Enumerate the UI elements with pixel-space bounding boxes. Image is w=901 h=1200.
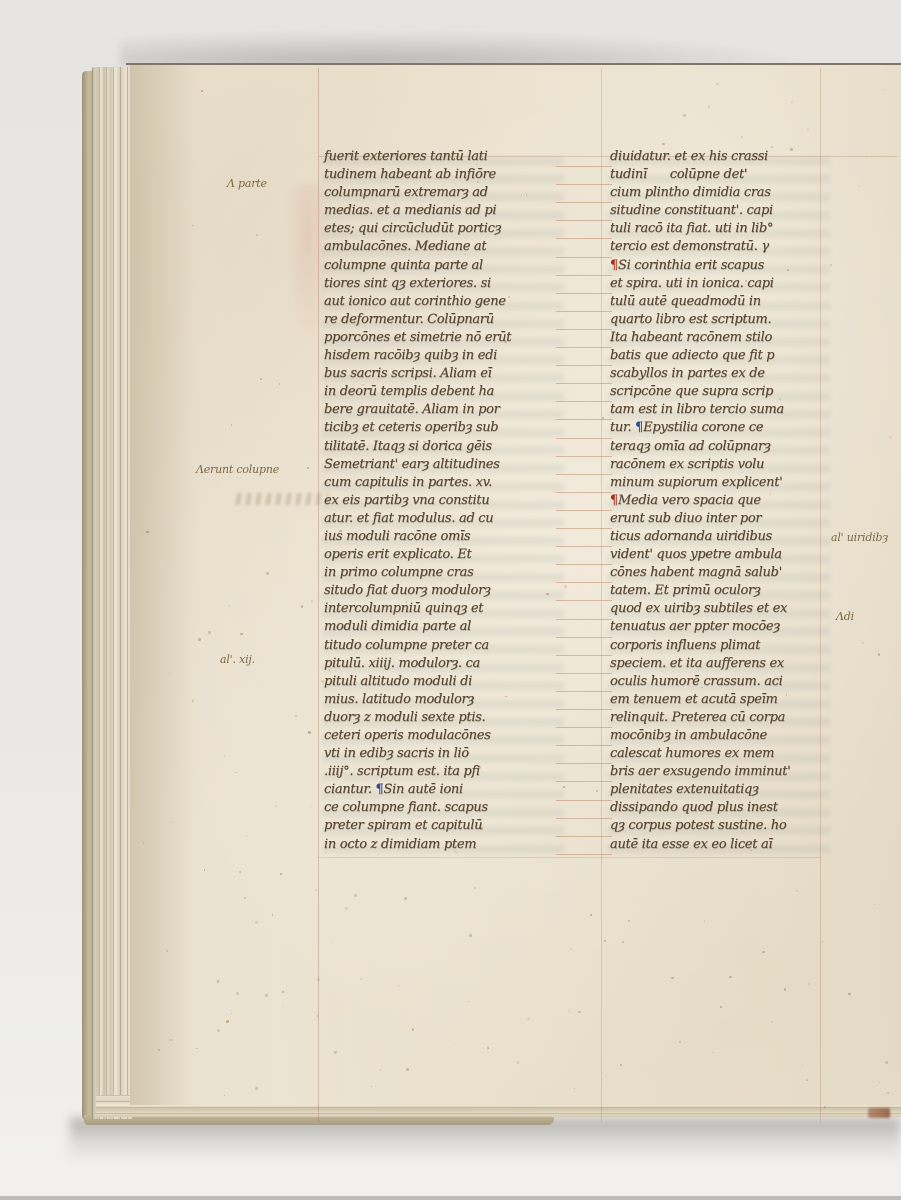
ruled-line [556,727,612,728]
foxing-dot [628,920,630,922]
ruled-line [556,781,612,782]
text-line: scabyllos in partes ex de [610,365,830,383]
text-line: erunt sub diuo inter por [610,510,830,528]
background-shadow-top [120,30,820,66]
foxing-dot [196,1048,197,1049]
ruled-line [556,800,612,801]
foxing-dot [787,269,789,271]
ruled-line [556,401,612,402]
foxing-dot [198,638,201,641]
foxing-dot [345,907,348,910]
ruled-line [556,854,612,855]
text-line: re deformentur. Colūpnarū [324,311,564,329]
foxing-dot [527,1018,529,1020]
text-line: columpne quinta parte al [324,257,564,275]
text-line: vti in edibȝ sacris in liō [324,745,564,763]
text-line: ceteri operis modulacōnes [324,727,564,745]
text-line: minum supiorum explicent' [610,474,830,492]
text-line: tur. ¶Epystilia corone ce [610,419,830,437]
ruled-line [556,818,612,819]
ruled-line [556,456,612,457]
foxing-dot [476,164,478,166]
foxing-dot [280,873,282,875]
foxing-dot [311,600,313,602]
foxing-dot [255,921,258,924]
foxing-dot [862,642,863,643]
ruled-line [556,347,612,348]
page-edges-left-lines [92,67,132,1119]
text-line: racōnem ex scriptis volu [610,456,830,474]
foxing-dot [879,1082,880,1083]
paraph-mark: ¶ [610,258,618,273]
foxing-dot [478,766,481,769]
foxing-dot [311,807,312,808]
foxing-dot [229,605,230,606]
text-line: et spira. uti in ionica. capi [610,275,830,293]
ruled-line [556,691,612,692]
text-line: ¶Si corinthia erit scapus [610,257,830,275]
text-line: ius moduli racōne omīs [324,528,564,546]
foxing-dot [329,375,331,377]
foxing-dot [468,1001,469,1002]
margin-note: Λerunt colupne [196,463,279,476]
foxing-dot [679,1041,681,1043]
foxing-dot [192,225,193,226]
ruled-line [556,709,612,710]
foxing-dot [170,1039,172,1041]
text-column-right: diuidatur. et ex his crassitudinī colūpn… [610,148,830,854]
foxing-dot [204,869,206,871]
text-line: tenuatus aer ppter mocōeȝ [610,618,830,636]
ruled-line [556,383,612,384]
foxing-dot [413,822,414,823]
foxing-dot [717,228,720,231]
ruled-line [556,745,612,746]
foxing-dot [716,83,718,85]
text-line: tuli racō ita fiat. uti in lib° [610,220,830,238]
foxing-dot [308,731,311,734]
paraph-mark: ¶ [635,420,643,435]
foxing-dot [395,203,396,204]
foxing-dot [334,1051,336,1053]
text-line: preter spiram et capitulū [324,817,564,835]
text-line: ex eis partibȝ vna constitu [324,492,564,510]
text-line: bere grauitatē. Aliam in por [324,401,564,419]
foxing-dot [295,715,297,717]
foxing-dot [604,940,606,942]
text-line: cōnes habent magnā salub' [610,564,830,582]
ruled-line [556,257,612,258]
ruled-line [556,564,612,565]
foxing-dot [226,1020,228,1022]
ruled-line [556,166,612,167]
text-line: mocōnibȝ in ambulacōne [610,727,830,745]
ruled-line [556,438,612,439]
text-column-left: fuerit exteriores tantū latitudinem habe… [324,148,564,854]
foxing-dot [848,993,851,996]
ruled-line [556,311,612,312]
text-line: moduli dimidia parte al [324,618,564,636]
margin-note: al' uiridibȝ [831,531,888,544]
ruled-line [556,836,612,837]
foxing-dot [158,1049,160,1051]
text-line: tiores sint qȝ exteriores. si [324,275,564,293]
foxing-dot [321,680,324,683]
text-line: etes; qui circūcludūt porticȝ [324,220,564,238]
text-line: pituli altitudo moduli di [324,673,564,691]
ruled-line [556,619,612,620]
manuscript-photo: fuerit exteriores tantū latitudinem habe… [0,0,901,1200]
text-line: aut ionico aut corinthio gene [324,293,564,311]
foxing-dot [480,827,483,830]
text-line: in octo z dimidiam ptem [324,836,564,854]
foxing-dot [465,207,468,210]
text-line: hisdem racōibȝ quibȝ in edi [324,347,564,365]
foxing-dot [307,467,309,469]
ruled-line [556,275,612,276]
text-line: intercolumpniū quinqȝ et [324,600,564,618]
text-line: speciem. et ita aufferens ex [610,655,830,673]
ruled-line [556,492,612,493]
ruled-line [556,474,612,475]
gutter-shading [130,65,200,1105]
foxing-dot [453,1043,454,1044]
foxing-dot [526,194,527,195]
foxing-dot [743,481,744,482]
foxing-dot [411,801,414,804]
ruled-line [556,329,612,330]
foxing-dot [729,976,732,979]
foxing-dot [381,679,383,681]
foxing-dot [217,1029,219,1031]
foxing-dot [564,585,567,588]
foxing-dot [301,605,303,607]
text-line: dissipando quod plus inest [610,799,830,817]
ruled-line [556,184,612,185]
foxing-dot [236,992,238,994]
text-line: vident' quos ypetre ambula [610,546,830,564]
foxing-dot [517,1061,520,1064]
foxing-dot [824,1106,826,1108]
text-line: situdine constituant'. capi [610,202,830,220]
foxing-dot [762,951,764,953]
ruled-line [556,600,612,601]
ruled-line [556,637,612,638]
foxing-dot [568,1010,570,1012]
ruled-line [556,582,612,583]
foxing-dot [166,950,168,952]
foxing-dot [808,983,810,985]
foxing-dot [354,894,357,897]
text-line: pitulū. xiiij. modulorȝ. ca [324,655,564,673]
margin-note: al'. xij. [220,653,255,666]
text-line: tam est in libro tercio suma [610,401,830,419]
foxing-dot [469,934,472,937]
text-line: relinquit. Preterea cū corpa [610,709,830,727]
text-line: Semetriant' earȝ altitudines [324,456,564,474]
ruled-line [556,238,612,239]
foxing-dot [696,341,698,343]
ruled-line [556,202,612,203]
foxing-dot [806,1079,808,1081]
foxing-dot [720,1006,722,1008]
text-line: ciantur. ¶Sin autē ioni [324,781,564,799]
text-line: medias. et a medianis ad pi [324,202,564,220]
foxing-dot [790,148,793,151]
text-line: cium plintho dimidia cras [610,184,830,202]
text-line: calescat humores ex mem [610,745,830,763]
foxing-dot [780,558,782,560]
ruled-line [556,220,612,221]
paraph-mark: ¶ [610,493,618,508]
text-line: bris aer exsugendo imminut' [610,763,830,781]
ruled-line [556,365,612,366]
text-line: titudo columpne preter ca [324,637,564,655]
text-line: qȝ corpus potest sustine. ho [610,817,830,835]
margin-note: Λ parte [227,177,267,190]
text-line: tulū autē queadmodū in [610,293,830,311]
foxing-dot [676,282,677,283]
text-line: quarto libro est scriptum. [610,311,830,329]
foxing-dot [505,696,507,698]
text-line: ¶Media vero spacia que [610,492,830,510]
foxing-dot [524,361,525,362]
ruled-line [556,528,612,529]
photo-bottom-border [0,1196,901,1200]
text-line: in deorū templis debent ha [324,383,564,401]
text-line: diuidatur. et ex his crassi [610,148,830,166]
foxing-dot [770,494,771,495]
ruled-line [556,293,612,294]
text-line: duorȝ z moduli sexte ptis. [324,709,564,727]
foxing-dot [315,889,317,891]
text-line: tudinem habeant ab infiōre [324,166,564,184]
text-line: atur. et fiat modulus. ad cu [324,510,564,528]
foxing-dot [201,90,203,92]
foxing-dot [654,314,655,315]
text-line: oculis humorē crassum. aci [610,673,830,691]
foxing-dot [146,531,148,533]
foxing-dot [779,398,781,400]
ruled-line [556,763,612,764]
ruled-line [556,419,612,420]
text-line: .iiij°. scriptum est. ita pfi [324,763,564,781]
foxing-dot [563,786,565,788]
text-line: operis erit explicato. Et [324,546,564,564]
foxing-dot [474,887,476,889]
foxing-dot [784,988,786,990]
text-line: tercio est demonstratū. γ [610,238,830,256]
foxing-dot [317,978,320,981]
foxing-dot [622,941,624,943]
text-line: corporis influens plimat [610,637,830,655]
text-line: em tenuem et acutā speīm [610,691,830,709]
text-line: teraqȝ omīa ad colūpnarȝ [610,438,830,456]
text-line: fuerit exteriores tantū lati [324,148,564,166]
foxing-dot [172,822,173,823]
mirrored-show-through-text [235,493,329,505]
text-line: plenitates extenuitatiqȝ [610,781,830,799]
ruled-line [556,546,612,547]
foxing-dot [235,772,236,773]
foxing-dot [771,1021,772,1022]
text-line: columpnarū extremarȝ ad [324,184,564,202]
foxing-dot [332,942,333,943]
foxing-dot [143,842,144,843]
foxing-dot [521,194,522,195]
text-line: quod ex uiribȝ subtiles et ex [610,600,830,618]
foxing-dot [329,669,330,670]
text-line: in primo columpne cras [324,564,564,582]
foxing-dot [362,384,364,386]
text-line: cum capitulis in partes. xv. [324,474,564,492]
red-show-through-smudge [288,185,328,345]
foxing-dot [208,631,211,634]
text-line: situdo fiat duorȝ modulorȝ [324,582,564,600]
text-line: tatem. Et primū oculorȝ [610,582,830,600]
text-line: bus sacris scripsi. Aliam eī [324,365,564,383]
text-line: pporcōnes et simetrie nō erūt [324,329,564,347]
foxing-dot [662,143,664,145]
foxing-dot [477,181,479,183]
foxing-dot [336,696,338,698]
ruling-vertical-center [601,68,602,1122]
foxing-dot [590,914,592,916]
foxing-dot [406,1068,409,1071]
ruled-line [556,655,612,656]
text-line: mius. latitudo modulorȝ [324,691,564,709]
foxing-dot [885,1061,888,1064]
foxing-dot [487,1047,489,1049]
text-line: tudinī colūpne det' [610,166,830,184]
text-line: scripcōne que supra scrip [610,383,830,401]
text-line: ticus adornanda uiridibus [610,528,830,546]
foxing-dot [255,1087,258,1090]
margin-note: Λdi [836,610,854,623]
ruled-line [556,510,612,511]
text-line: ticibȝ et ceteris operibȝ sub [324,419,564,437]
text-line: batis que adiecto que fit p [610,347,830,365]
paraph-mark: ¶ [376,782,384,797]
ruled-line [556,673,612,674]
foxing-dot [415,569,417,571]
foxing-dot [260,378,262,380]
foxing-dot [217,980,219,982]
foxing-dot [265,994,268,997]
text-line: ce columpne fiant. scapus [324,799,564,817]
text-line: tilitatē. Itaqȝ si dorica gēis [324,438,564,456]
text-line: ambulacōnes. Mediane at [324,238,564,256]
page-corner-damage [868,1108,890,1118]
text-line: autē ita esse ex eo licet aī [610,836,830,854]
text-line: Ita habeant racōnem stilo [610,329,830,347]
foxing-dot [246,835,247,836]
